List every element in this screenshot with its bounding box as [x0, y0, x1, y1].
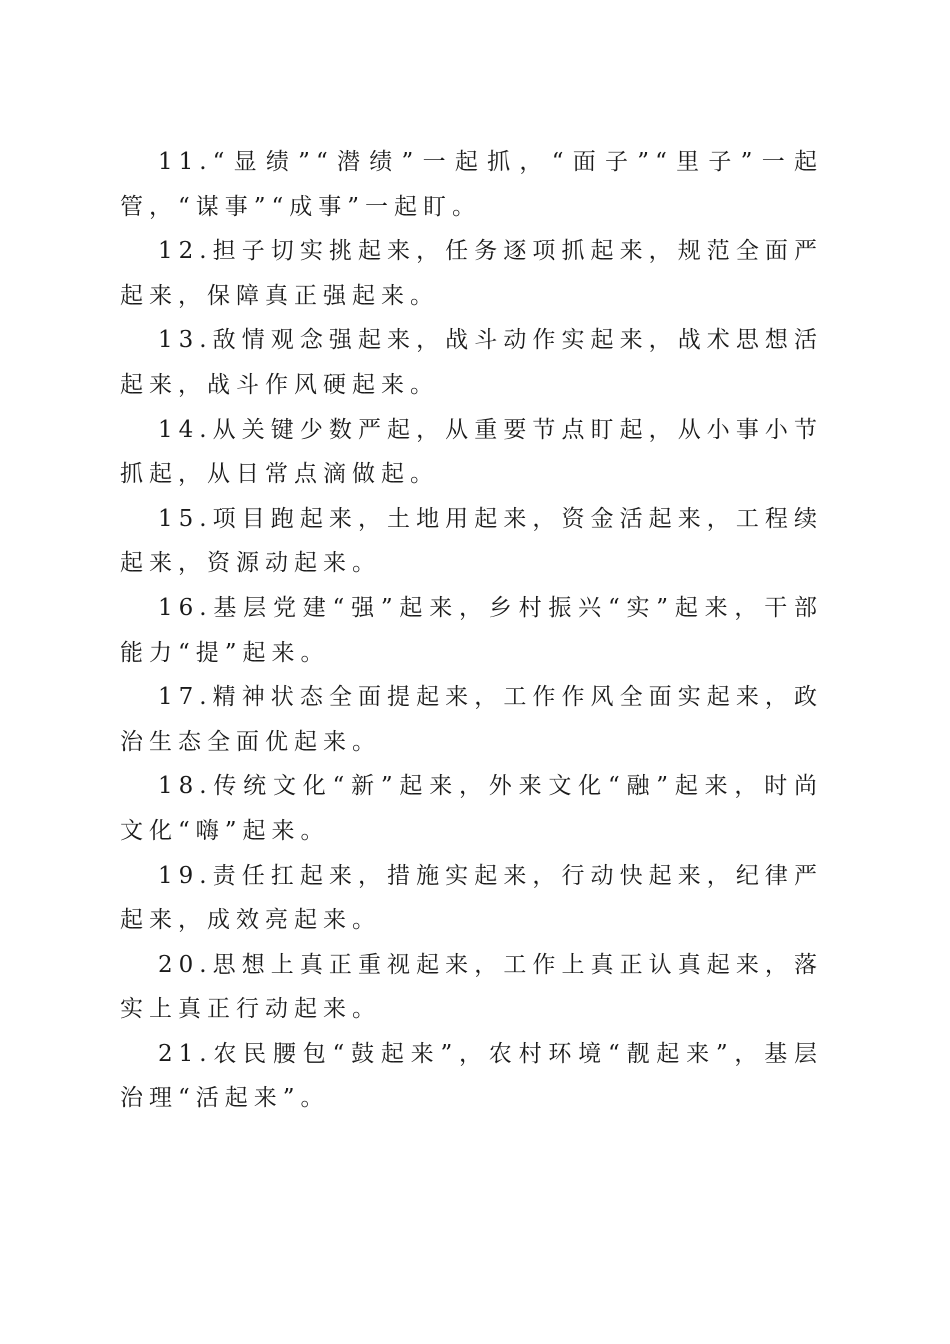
- paragraph-number: 15.: [158, 506, 213, 532]
- paragraph-12: 12.担子切实挑起来，任务逐项抓起来，规范全面严起来，保障真正强起来。: [120, 229, 823, 318]
- paragraph-20: 20.思想上真正重视起来，工作上真正认真起来，落实上真正行动起来。: [120, 943, 823, 1032]
- paragraph-number: 18.: [158, 773, 213, 799]
- paragraph-15: 15.项目跑起来，土地用起来，资金活起来，工程续起来，资源动起来。: [120, 497, 823, 586]
- paragraph-18: 18.传统文化“新”起来，外来文化“融”起来，时尚文化“嗨”起来。: [120, 764, 823, 853]
- paragraph-16: 16.基层党建“强”起来，乡村振兴“实”起来，干部能力“提”起来。: [120, 586, 823, 675]
- paragraph-text: 精神状态全面提起来，工作作风全面实起来，政治生态全面优起来。: [120, 684, 823, 755]
- paragraph-text: 责任扛起来，措施实起来，行动快起来，纪律严起来，成效亮起来。: [120, 863, 823, 934]
- paragraph-number: 16.: [158, 595, 213, 621]
- paragraph-number: 21.: [158, 1041, 213, 1067]
- paragraph-text: 担子切实挑起来，任务逐项抓起来，规范全面严起来，保障真正强起来。: [120, 238, 823, 309]
- paragraph-number: 19.: [158, 863, 213, 889]
- paragraph-11: 11.“显绩”“潜绩”一起抓，“面子”“里子”一起管，“谋事”“成事”一起盯。: [120, 140, 823, 229]
- paragraph-14: 14.从关键少数严起，从重要节点盯起，从小事小节抓起，从日常点滴做起。: [120, 408, 823, 497]
- paragraph-number: 17.: [158, 684, 213, 710]
- paragraph-13: 13.敌情观念强起来，战斗动作实起来，战术思想活起来，战斗作风硬起来。: [120, 318, 823, 407]
- paragraph-text: 基层党建“强”起来，乡村振兴“实”起来，干部能力“提”起来。: [120, 595, 823, 666]
- document-page: 11.“显绩”“潜绩”一起抓，“面子”“里子”一起管，“谋事”“成事”一起盯。 …: [120, 140, 823, 1121]
- paragraph-text: 农民腰包“鼓起来”，农村环境“靓起来”，基层治理“活起来”。: [120, 1041, 823, 1112]
- paragraph-text: 思想上真正重视起来，工作上真正认真起来，落实上真正行动起来。: [120, 952, 823, 1023]
- paragraph-number: 13.: [158, 327, 213, 353]
- paragraph-number: 20.: [158, 952, 213, 978]
- paragraph-21: 21.农民腰包“鼓起来”，农村环境“靓起来”，基层治理“活起来”。: [120, 1032, 823, 1121]
- paragraph-number: 14.: [158, 417, 213, 443]
- paragraph-text: 项目跑起来，土地用起来，资金活起来，工程续起来，资源动起来。: [120, 506, 823, 577]
- paragraph-text: 敌情观念强起来，战斗动作实起来，战术思想活起来，战斗作风硬起来。: [120, 327, 823, 398]
- paragraph-number: 12.: [158, 238, 213, 264]
- paragraph-number: 11.: [158, 149, 213, 175]
- paragraph-19: 19.责任扛起来，措施实起来，行动快起来，纪律严起来，成效亮起来。: [120, 854, 823, 943]
- paragraph-text: 传统文化“新”起来，外来文化“融”起来，时尚文化“嗨”起来。: [120, 773, 823, 844]
- paragraph-17: 17.精神状态全面提起来，工作作风全面实起来，政治生态全面优起来。: [120, 675, 823, 764]
- paragraph-text: “显绩”“潜绩”一起抓，“面子”“里子”一起管，“谋事”“成事”一起盯。: [120, 149, 823, 220]
- paragraph-text: 从关键少数严起，从重要节点盯起，从小事小节抓起，从日常点滴做起。: [120, 417, 823, 488]
